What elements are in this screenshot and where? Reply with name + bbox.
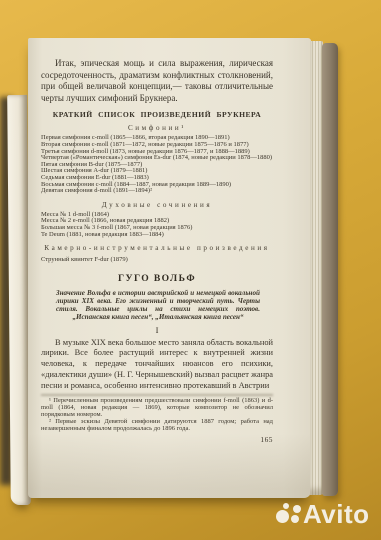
- footnote-2: ² Первые эскизы Девятой симфонии датирую…: [41, 418, 273, 432]
- footnotes: ¹ Перечисленным произведениям предшество…: [41, 397, 273, 432]
- work-item: Струнный квинтет F-dur (1879): [41, 257, 273, 264]
- body-paragraph: В музыке XIX века большое место заняла о…: [41, 338, 273, 392]
- chamber-works-heading: Камерно-инструментальные произведения: [41, 244, 273, 252]
- avito-wordmark: Avito: [303, 501, 370, 527]
- work-item: Te Deum (1881, новая редакция 1883—1884): [41, 232, 273, 239]
- footnote-separator: [41, 394, 273, 396]
- section-number: I: [41, 325, 273, 335]
- book-page: Итак, эпическая мощь и сила выражения, л…: [28, 38, 311, 498]
- sacred-works-heading: Духовные сочинения: [41, 201, 273, 209]
- avito-logo-icon: [276, 501, 302, 527]
- intro-paragraph: Итак, эпическая мощь и сила выражения, л…: [41, 58, 273, 104]
- page-number: 165: [41, 435, 273, 444]
- symphonies-heading: Симфонии¹: [41, 124, 273, 132]
- sacred-works-list: Месса № 1 d-moll (1864) Месса № 2 e-moll…: [41, 212, 273, 238]
- work-item: Девятая симфония d-moll (1891—1894)²: [41, 188, 273, 195]
- symphonies-list: Первая симфония c-moll (1865—1866, втора…: [41, 135, 273, 194]
- footnote-1: ¹ Перечисленным произведениям предшество…: [41, 397, 273, 418]
- chapter-title: ГУГО ВОЛЬФ: [41, 273, 273, 284]
- chamber-works-list: Струнный квинтет F-dur (1879): [41, 257, 273, 264]
- chapter-epigraph: Значение Вольфа в истории австрийской и …: [56, 289, 260, 321]
- book-photo: Итак, эпическая мощь и сила выражения, л…: [0, 0, 381, 540]
- avito-watermark: Avito: [276, 501, 370, 527]
- cover-edge: [322, 43, 338, 496]
- works-list-title: КРАТКИЙ СПИСОК ПРОИЗВЕДЕНИЙ БРУКНЕРА: [41, 110, 273, 119]
